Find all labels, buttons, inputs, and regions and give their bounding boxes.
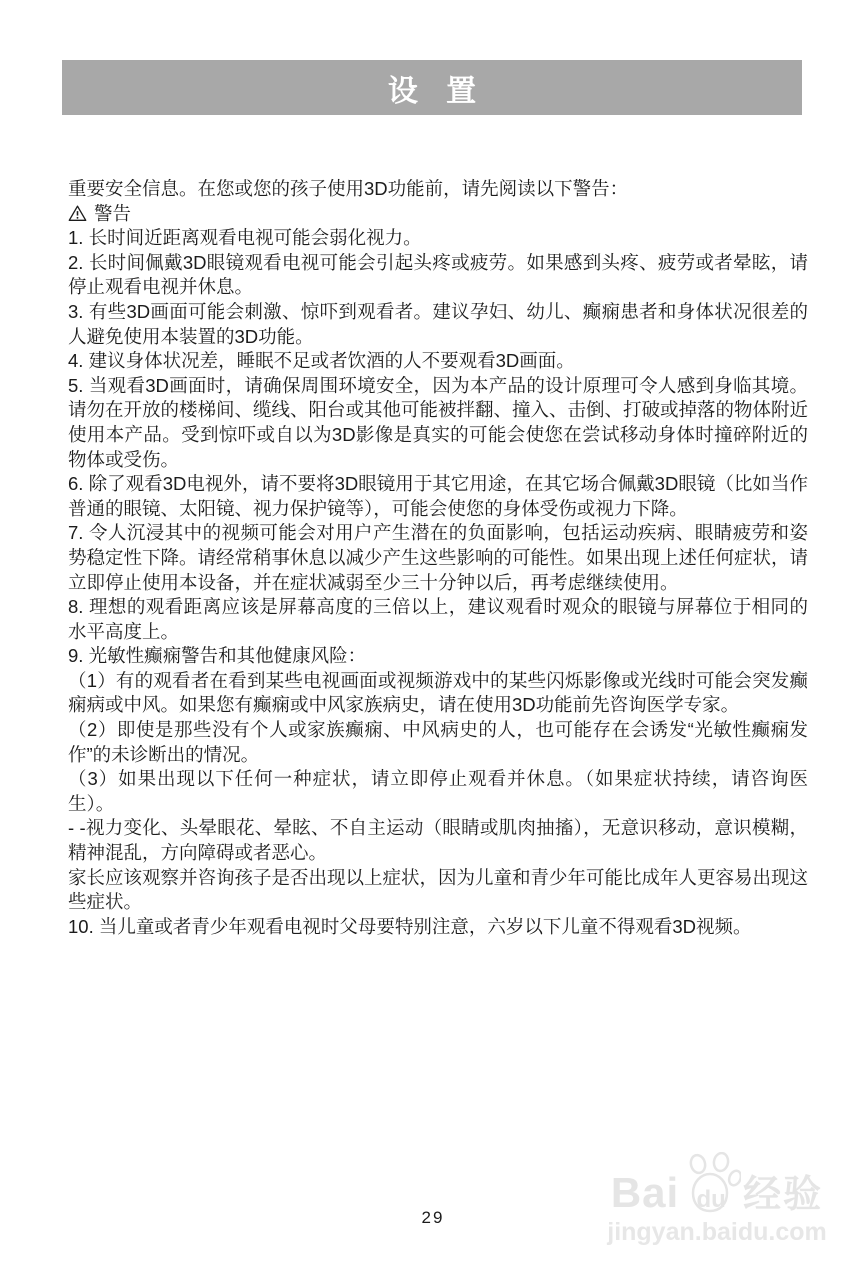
safety-item-5: 5. 当观看3D画面时，请确保周围环境安全，因为本产品的设计原理可令人感到身临其… bbox=[68, 374, 808, 472]
baidu-jingyan-watermark: Bai du 经验 jingyan.baidu.com bbox=[602, 1152, 832, 1245]
warning-label: 警告 bbox=[94, 202, 131, 227]
watermark-logo-row: Bai du 经验 bbox=[602, 1152, 832, 1214]
safety-item-4: 4. 建议身体状况差，睡眠不足或者饮酒的人不要观看3D画面。 bbox=[68, 349, 808, 374]
watermark-du-text: du bbox=[697, 1188, 726, 1212]
manual-page: 设 置 重要安全信息。在您或您的孩子使用3D功能前，请先阅读以下警告： 警告 1… bbox=[0, 0, 866, 1280]
watermark-jingyan-text: 经验 bbox=[743, 1176, 823, 1214]
safety-item-9-sub-1: （1）有的观看者在看到某些电视画面或视频游戏中的某些闪烁影像或光线时可能会突发癫… bbox=[68, 669, 808, 718]
safety-item-1: 1. 长时间近距离观看电视可能会弱化视力。 bbox=[68, 226, 808, 251]
safety-item-10: 10. 当儿童或者青少年观看电视时父母要特别注意，六岁以下儿童不得观看3D视频。 bbox=[68, 915, 808, 940]
watermark-bai-text: Bai bbox=[611, 1172, 679, 1214]
safety-item-6: 6. 除了观看3D电视外，请不要将3D眼镜用于其它用途，在其它场合佩戴3D眼镜（… bbox=[68, 472, 808, 521]
warning-triangle-icon bbox=[68, 204, 87, 223]
section-title: 设 置 bbox=[378, 66, 486, 110]
section-title-bar: 设 置 bbox=[62, 60, 802, 115]
safety-item-7: 7. 令人沉浸其中的视频可能会对用户产生潜在的负面影响，包括运动疾病、眼睛疲劳和… bbox=[68, 521, 808, 595]
symptom-list-line: - -视力变化、头晕眼花、晕眩、不自主运动（眼睛或肌肉抽搐），无意识移动，意识模… bbox=[68, 816, 808, 865]
warning-heading: 警告 bbox=[68, 202, 808, 227]
intro-text: 重要安全信息。在您或您的孩子使用3D功能前，请先阅读以下警告： bbox=[68, 177, 808, 202]
document-body: 重要安全信息。在您或您的孩子使用3D功能前，请先阅读以下警告： 警告 1. 长时… bbox=[68, 177, 808, 939]
safety-item-3: 3. 有些3D画面可能会刺激、惊吓到观看者。建议孕妇、幼儿、癫痫患者和身体状况很… bbox=[68, 300, 808, 349]
safety-item-9-sub-3: （3）如果出现以下任何一种症状，请立即停止观看并休息。（如果症状持续，请咨询医生… bbox=[68, 767, 808, 816]
safety-item-8: 8. 理想的观看距离应该是屏幕高度的三倍以上，建议观看时观众的眼镜与屏幕位于相同… bbox=[68, 595, 808, 644]
parental-note: 家长应该观察并咨询孩子是否出现以上症状，因为儿童和青少年可能比成年人更容易出现这… bbox=[68, 866, 808, 915]
safety-item-9-sub-2: （2）即使是那些没有个人或家族癫痫、中风病史的人，也可能存在会诱发“光敏性癫痫发… bbox=[68, 718, 808, 767]
watermark-url: jingyan.baidu.com bbox=[602, 1220, 832, 1245]
watermark-paw-du: du bbox=[681, 1152, 741, 1214]
safety-item-2: 2. 长时间佩戴3D眼镜观看电视可能会引起头疼或疲劳。如果感到头疼、疲劳或者晕眩… bbox=[68, 251, 808, 300]
safety-item-9: 9. 光敏性癫痫警告和其他健康风险： bbox=[68, 644, 808, 669]
